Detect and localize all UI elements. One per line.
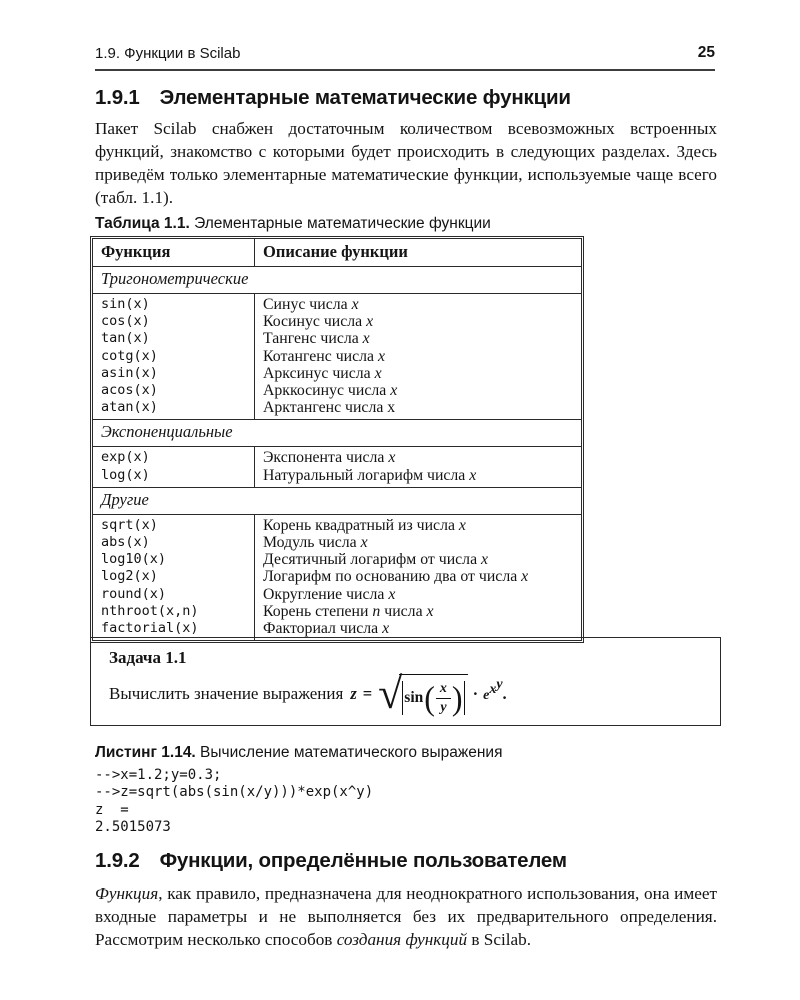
function-name: abs(x): [101, 534, 248, 551]
function-name: log(x): [101, 467, 248, 484]
function-description: Натуральный логарифм числа x: [263, 467, 573, 484]
task-statement: Вычислить значение выражения z = √ sin (…: [109, 671, 702, 717]
fraction-denominator: y: [440, 700, 446, 715]
listing-label: Листинг 1.14.: [95, 744, 196, 761]
table-section-row: Тригонометрические: [93, 267, 582, 294]
function-name: nthroot(x,n): [101, 603, 248, 620]
square-root: √ sin ( x y ): [378, 671, 467, 717]
task-title: Задача 1.1: [109, 648, 702, 668]
table-row: exp(x)log(x)Экспонента числа xНатуральны…: [93, 447, 582, 487]
column-header-function: Функция: [93, 239, 255, 267]
function-description: Тангенс числа x: [263, 330, 573, 347]
functions-table: Функция Описание функции Тригонометричес…: [92, 238, 582, 641]
equals-sign: =: [363, 684, 372, 704]
table-section-row: Экспоненциальные: [93, 420, 582, 447]
function-description: Котангенс числа x: [263, 348, 573, 365]
table-caption: Таблица 1.1. Элементарные математические…: [95, 215, 715, 233]
table-section-label: Другие: [93, 487, 582, 514]
radicand: sin ( x y ): [399, 674, 467, 717]
italic-text: создания функций: [337, 930, 467, 949]
code-line: z =: [95, 802, 715, 819]
table-section-row: Другие: [93, 487, 582, 514]
code-line: -->z=sqrt(abs(sin(x/y)))*exp(x^y): [95, 784, 715, 801]
formula-period: .: [503, 684, 507, 704]
section-heading-1-9-1: 1.9.1 Элементарные математические функци…: [95, 86, 720, 110]
function-description: Десятичный логарифм от числа x: [263, 551, 573, 568]
sin-function-name: sin: [404, 689, 423, 707]
table-caption-text: Элементарные математические функции: [190, 215, 491, 232]
function-name: cos(x): [101, 313, 248, 330]
task-prompt: Вычислить значение выражения: [109, 684, 343, 704]
function-name: asin(x): [101, 365, 248, 382]
running-head-section: 1.9. Функции в Scilab: [95, 45, 240, 62]
function-name: exp(x): [101, 449, 248, 466]
function-cell: sin(x)cos(x)tan(x)cotg(x)asin(x)acos(x)a…: [93, 294, 255, 420]
function-description: Арктангенс числа х: [263, 399, 573, 416]
function-cell: exp(x)log(x): [93, 447, 255, 487]
function-name: log10(x): [101, 551, 248, 568]
code-line: 2.5015073: [95, 819, 715, 836]
section-heading-1-9-2: 1.9.2 Функции, определённые пользователе…: [95, 849, 720, 873]
task-box: Задача 1.1 Вычислить значение выражения …: [90, 637, 721, 726]
table-section-label: Экспоненциальные: [93, 420, 582, 447]
book-page: 1.9. Функции в Scilab 25 1.9.1 Элементар…: [0, 0, 800, 1000]
function-name: tan(x): [101, 330, 248, 347]
function-description: Модуль числа x: [263, 534, 573, 551]
intro-paragraph: Пакет Scilab снабжен достаточным количес…: [95, 117, 717, 209]
column-header-description: Описание функции: [255, 239, 582, 267]
open-paren: (: [424, 681, 435, 715]
close-paren: ): [452, 681, 463, 715]
table-row: sin(x)cos(x)tan(x)cotg(x)asin(x)acos(x)a…: [93, 294, 582, 420]
function-description: Арксинус числа x: [263, 365, 573, 382]
listing-caption: Листинг 1.14. Вычисление математического…: [95, 744, 715, 762]
table-caption-label: Таблица 1.1.: [95, 215, 190, 232]
function-cell: sqrt(x)abs(x)log10(x)log2(x)round(x)nthr…: [93, 514, 255, 640]
listing-title: Вычисление математического выражения: [196, 744, 503, 761]
function-description: Арккосинус числа x: [263, 382, 573, 399]
function-description: Экспонента числа x: [263, 449, 573, 466]
math-formula: z = √ sin ( x y ): [350, 671, 506, 717]
section-title: Функции, определённые пользователем: [160, 849, 567, 873]
function-description: Корень степени n числа x: [263, 603, 573, 620]
fraction-numerator: x: [440, 681, 447, 696]
section-title: Элементарные математические функции: [160, 86, 571, 110]
multiplication-dot: ·: [473, 684, 479, 704]
function-name: sin(x): [101, 296, 248, 313]
paragraph-text: в Scilab.: [467, 930, 531, 949]
function-description: Корень квадратный из числа x: [263, 517, 573, 534]
absolute-value: sin ( x y ): [402, 681, 464, 715]
table-row: sqrt(x)abs(x)log10(x)log2(x)round(x)nthr…: [93, 514, 582, 640]
formula-lhs: z: [350, 684, 356, 704]
code-line: -->x=1.2;y=0.3;: [95, 767, 715, 784]
section-number: 1.9.2: [95, 849, 140, 873]
description-cell: Экспонента числа xНатуральный логарифм ч…: [255, 447, 582, 487]
code-listing: -->x=1.2;y=0.3;-->z=sqrt(abs(sin(x/y)))*…: [95, 767, 715, 836]
function-name: cotg(x): [101, 348, 248, 365]
page-number: 25: [698, 44, 715, 62]
function-description: Синус числа x: [263, 296, 573, 313]
function-name: atan(x): [101, 399, 248, 416]
exponential-term: exy: [483, 684, 502, 704]
function-name: round(x): [101, 586, 248, 603]
functions-table-frame: Функция Описание функции Тригонометричес…: [90, 236, 584, 643]
function-description: Факториал числа x: [263, 620, 573, 637]
function-name: acos(x): [101, 382, 248, 399]
fraction: x y: [436, 681, 451, 715]
function-description: Косинус числа x: [263, 313, 573, 330]
function-description: Логарифм по основанию два от числа x: [263, 568, 573, 585]
table-section-label: Тригонометрические: [93, 267, 582, 294]
description-cell: Корень квадратный из числа xМодуль числа…: [255, 514, 582, 640]
closing-paragraph: Функция, как правило, предназначена для …: [95, 882, 717, 951]
italic-text: Функция: [95, 884, 158, 903]
function-name: log2(x): [101, 568, 248, 585]
section-number: 1.9.1: [95, 86, 140, 110]
function-description: Округление числа x: [263, 586, 573, 603]
running-head: 1.9. Функции в Scilab 25: [95, 44, 715, 71]
description-cell: Синус числа xКосинус числа xТангенс числ…: [255, 294, 582, 420]
table-header-row: Функция Описание функции: [93, 239, 582, 267]
function-name: sqrt(x): [101, 517, 248, 534]
function-name: factorial(x): [101, 620, 248, 637]
